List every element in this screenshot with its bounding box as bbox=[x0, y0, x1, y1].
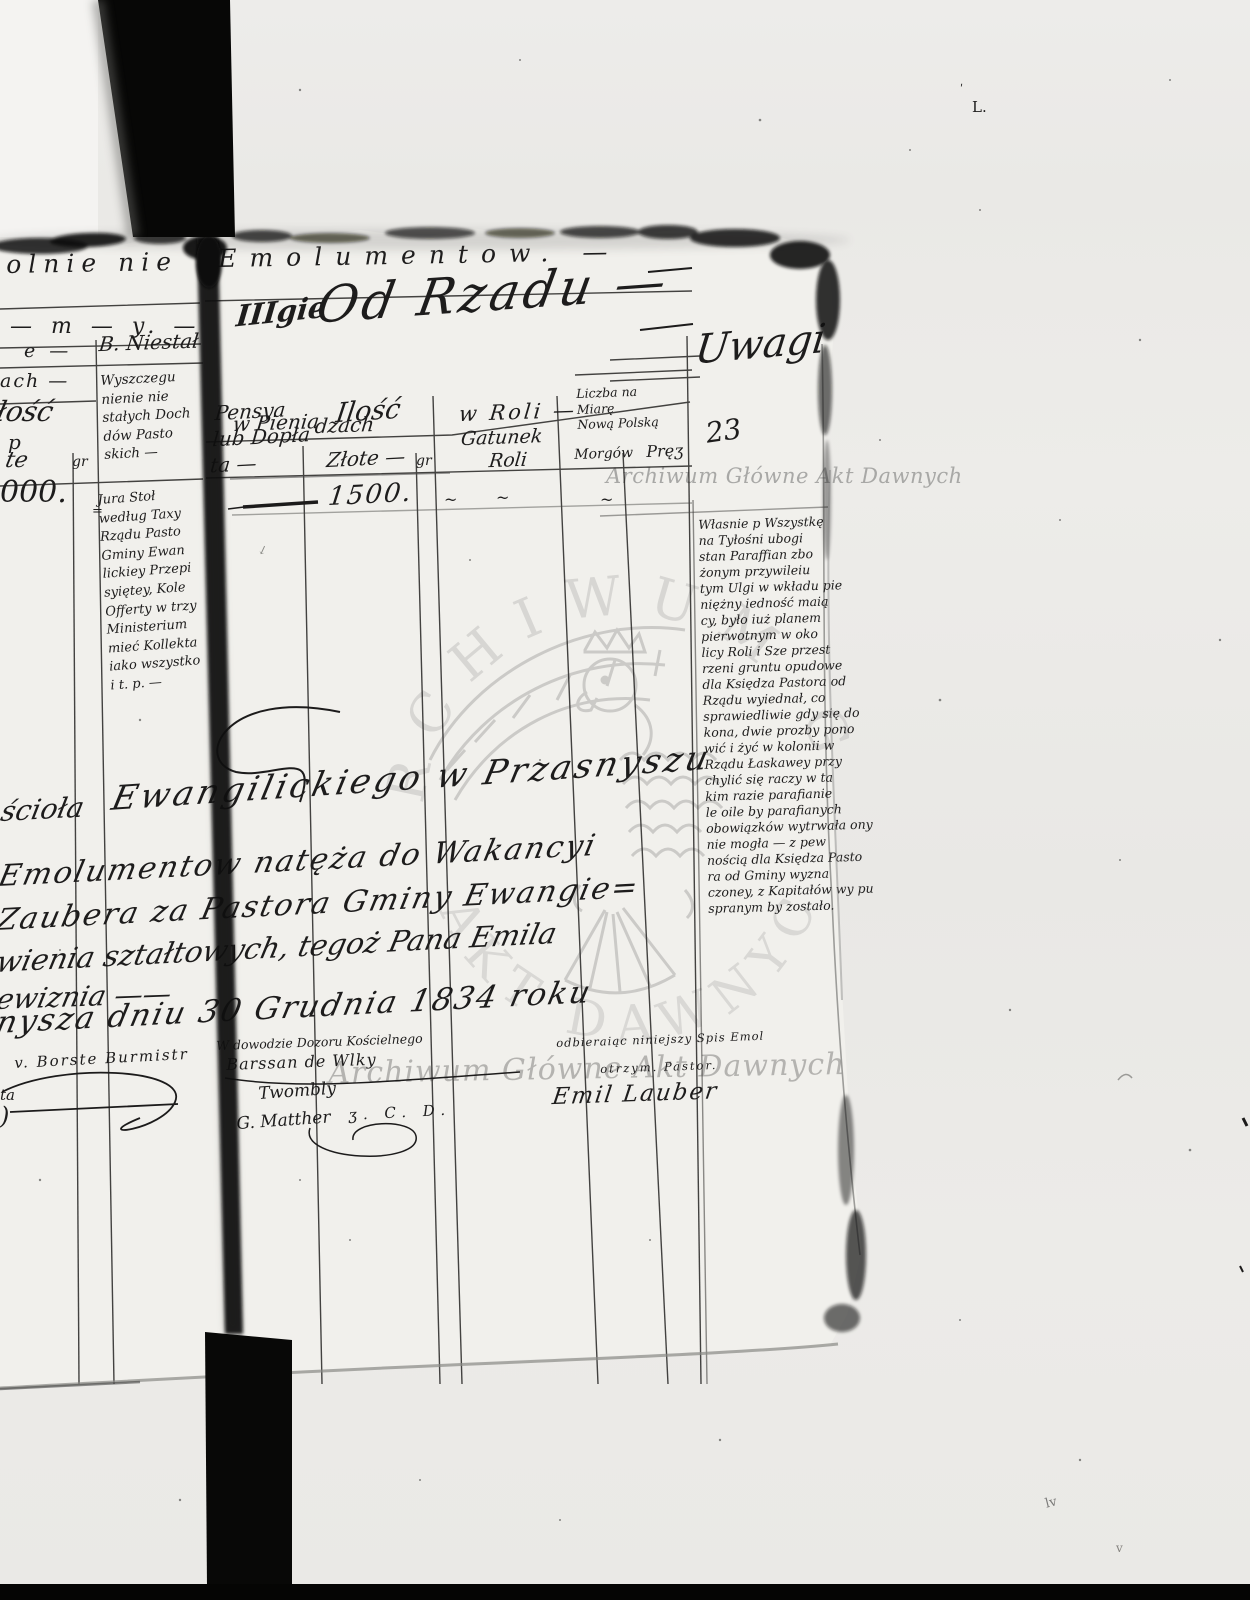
fold-crease bbox=[197, 238, 243, 1334]
film-strip-bottom bbox=[205, 1332, 292, 1588]
film-bar-bottom bbox=[0, 1584, 1250, 1600]
edges-and-strips bbox=[0, 0, 1250, 1600]
paper-bottom-edge bbox=[0, 1344, 838, 1388]
torn-right-edge bbox=[816, 260, 866, 1332]
scanned-archival-document: { "watermark": { "archive_line": "Archiw… bbox=[0, 0, 1250, 1600]
